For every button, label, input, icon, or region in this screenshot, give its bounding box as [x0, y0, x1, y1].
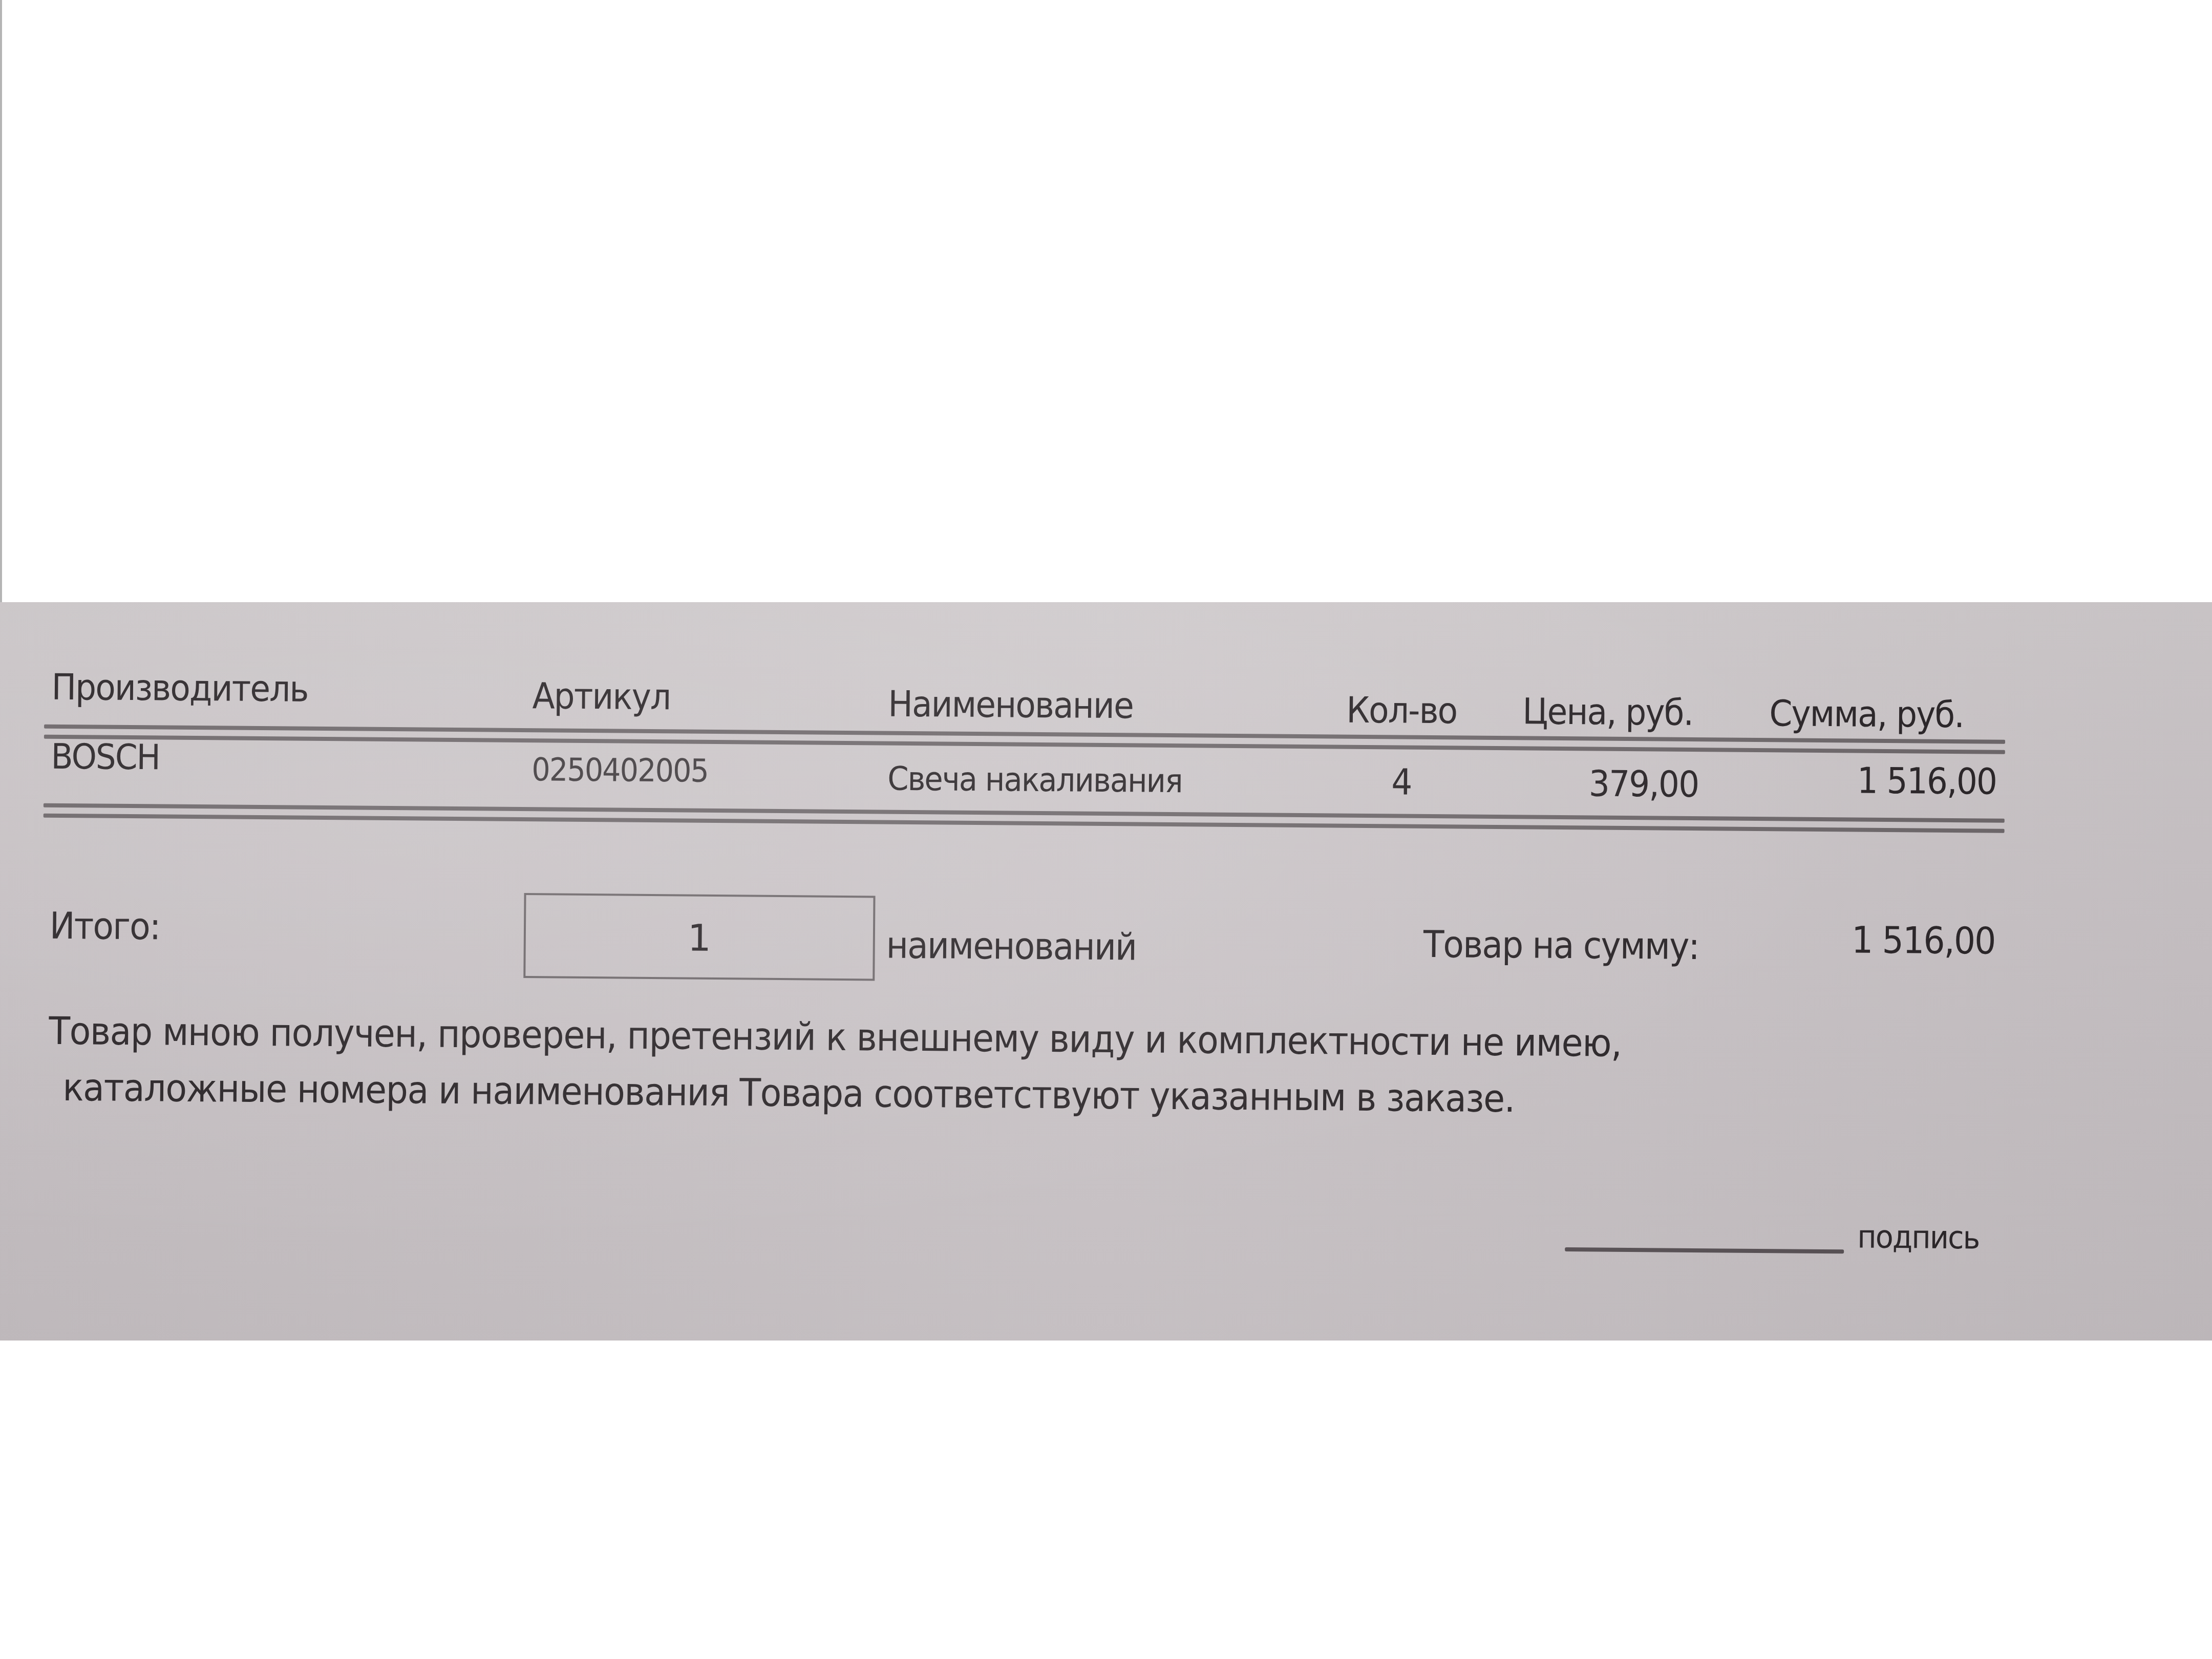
statement-line-2: каталожные номера и наименования Товара … — [62, 1069, 1515, 1118]
table-row: BOSCH 0250402005 Свеча накаливания 4 379… — [0, 602, 2212, 620]
cell-manufacturer: BOSCH — [51, 740, 160, 776]
signature-line — [1565, 1247, 1844, 1253]
cell-sum: 1 516,00 — [1857, 763, 1997, 800]
cell-price: 379,00 — [1589, 765, 1699, 802]
items-count-box: 1 — [523, 893, 875, 981]
header-qty: Кол-во — [1346, 692, 1457, 729]
items-count: 1 — [526, 918, 874, 958]
header-divider — [44, 725, 2005, 740]
header-name: Наименование — [888, 686, 1133, 724]
statement-line-1: Товар мною получен, проверен, претензий … — [49, 1012, 1622, 1062]
total-sum-value: 1 516,00 — [1852, 921, 1995, 959]
cell-article: 0250402005 — [531, 754, 708, 787]
cell-qty: 4 — [1391, 764, 1412, 800]
total-sum-label: Товар на сумму: — [1423, 926, 1699, 965]
cell-name: Свеча накаливания — [887, 763, 1182, 798]
signature-label: подпись — [1857, 1221, 1980, 1254]
receipt-document: Производитель Артикул Наименование Кол-в… — [0, 602, 2212, 1341]
header-article: Артикул — [532, 678, 670, 715]
page-left-edge — [0, 0, 2, 602]
row-divider — [44, 803, 2005, 819]
header-manufacturer: Производитель — [51, 669, 308, 707]
items-count-suffix: наименований — [886, 927, 1137, 966]
total-label: Итого: — [50, 907, 160, 945]
header-price: Цена, руб. — [1522, 693, 1693, 731]
header-sum: Сумма, руб. — [1769, 695, 1964, 733]
receipt-paper: Производитель Артикул Наименование Кол-в… — [0, 602, 2212, 1341]
